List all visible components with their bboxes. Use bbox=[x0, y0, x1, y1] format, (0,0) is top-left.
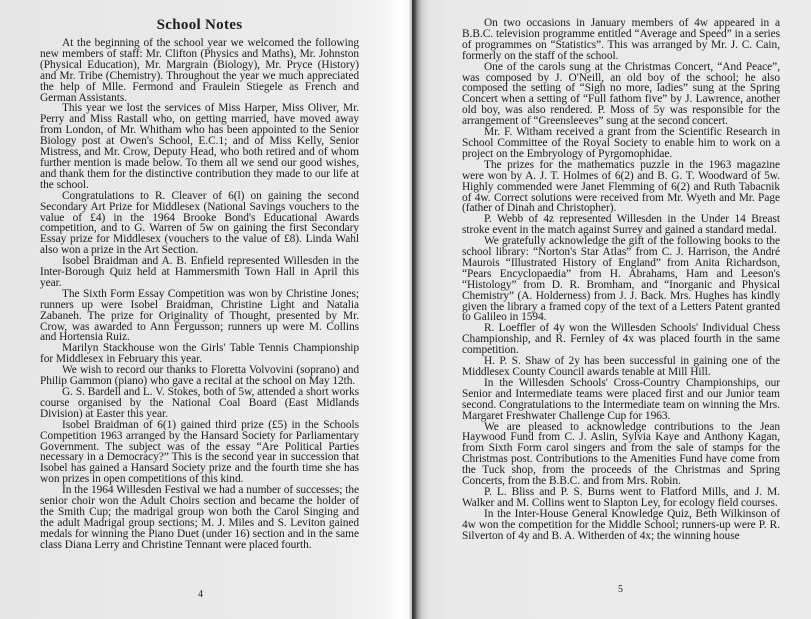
paragraph: In the 1964 Willesden Festival we had a … bbox=[40, 485, 359, 550]
paragraph: The prizes for the mathematics puzzle in… bbox=[462, 160, 780, 215]
paragraph: We wish to record our thanks to Floretta… bbox=[40, 365, 359, 387]
paragraph: In the Willesden Schools' Cross-Country … bbox=[462, 378, 780, 422]
paragraph: P. Webb of 4z represented Willesden in t… bbox=[462, 214, 780, 236]
page-number: 4 bbox=[198, 589, 203, 600]
paragraph: Mr. F. Witham received a grant from the … bbox=[462, 127, 780, 160]
book-spread: School Notes At the beginning of the sch… bbox=[0, 0, 811, 619]
left-page-text: At the beginning of the school year we w… bbox=[40, 38, 359, 551]
paragraph: At the beginning of the school year we w… bbox=[40, 38, 359, 103]
paragraph: One of the carols sung at the Christmas … bbox=[462, 62, 780, 127]
paragraph: We gratefully acknowledge the gift of th… bbox=[462, 236, 780, 323]
paragraph: This year we lost the services of Miss H… bbox=[40, 103, 359, 190]
paragraph: Congratulations to R. Cleaver of 6(l) on… bbox=[40, 191, 359, 256]
paragraph: H. P. S. Shaw of 2y has been successful … bbox=[462, 356, 780, 378]
left-page: School Notes At the beginning of the sch… bbox=[0, 0, 413, 619]
right-page-text: On two occasions in January members of 4… bbox=[462, 18, 780, 542]
paragraph: G. S. Bardell and L. V. Stokes, both of … bbox=[40, 387, 359, 420]
paragraph: The Sixth Form Essay Competition was won… bbox=[40, 289, 359, 344]
paragraph: In the Inter-House General Knowledge Qui… bbox=[462, 509, 780, 542]
paragraph: P. L. Bliss and P. S. Burns went to Flat… bbox=[462, 487, 780, 509]
page-number: 5 bbox=[618, 584, 623, 595]
paragraph: On two occasions in January members of 4… bbox=[462, 18, 780, 62]
paragraph: We are pleased to acknowledge contributi… bbox=[462, 422, 780, 487]
paragraph: Isobel Braidman and A. B. Enfield repres… bbox=[40, 256, 359, 289]
paragraph: Marilyn Stackhouse won the Girls' Table … bbox=[40, 343, 359, 365]
book-spine bbox=[412, 0, 414, 619]
paragraph: Isobel Braidman of 6(1) gained third pri… bbox=[40, 420, 359, 485]
paragraph: R. Loeffler of 4y won the Willesden Scho… bbox=[462, 323, 780, 356]
page-title: School Notes bbox=[40, 17, 359, 34]
